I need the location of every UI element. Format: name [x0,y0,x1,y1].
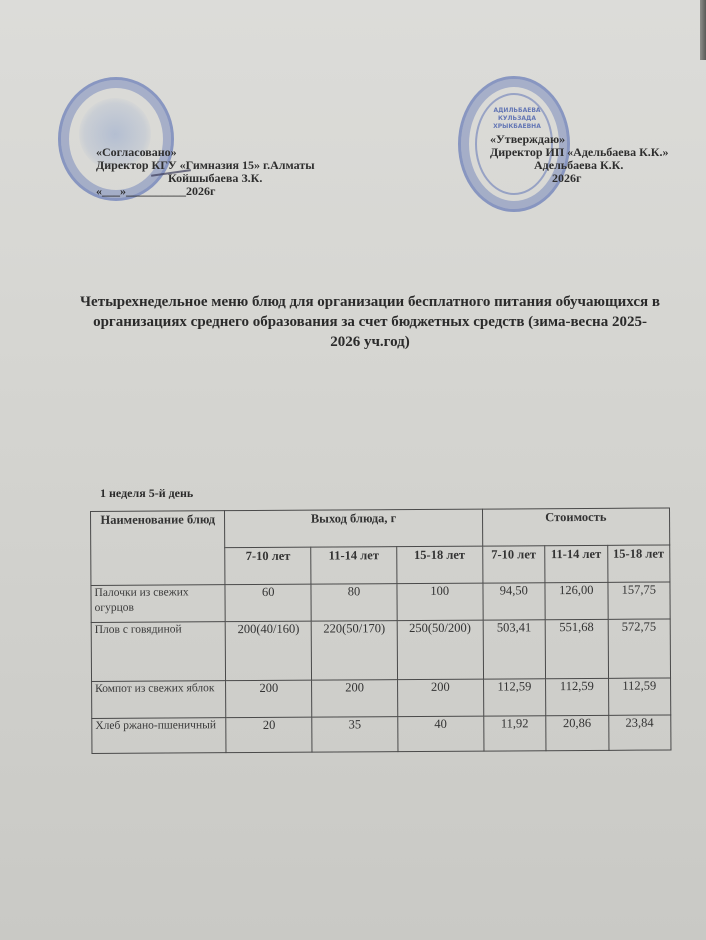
cost-11-14: 126,00 [545,582,608,619]
cost-11-14: 112,59 [546,678,609,715]
cost-15-18: 112,59 [608,678,671,715]
dish-name: Хлеб ржано-пшеничный [92,718,227,754]
cost-15-18: 572,75 [608,619,671,678]
yield-7-10: 60 [225,584,311,622]
yield-7-10: 200 [226,680,312,718]
approval-block-right: «Утверждаю» Директор ИП «Адельбаева К.К.… [490,133,705,185]
table-row: Компот из свежих яблок 200 200 200 112,5… [92,678,671,719]
cost-15-18: 157,75 [607,582,670,619]
approval-right-date: 2026г [490,172,705,185]
yield-11-14: 80 [311,584,397,622]
approval-right-name: Адельбаева К.К. [490,159,705,172]
yield-11-14: 200 [312,680,398,718]
yield-15-18: 250(50/200) [397,620,483,680]
yield-7-10: 20 [226,717,312,753]
header-yield-age-7-10: 7-10 лет [225,547,311,585]
page-edge-shadow [700,0,706,60]
table-row: Палочки из свежих огурцов 60 80 100 94,5… [91,582,670,623]
header-cost: Стоимость [482,508,670,546]
cost-7-10: 503,41 [483,620,546,679]
header-yield-age-11-14: 11-14 лет [311,547,397,585]
header-cost-age-15-18: 15-18 лет [607,545,670,582]
header-yield: Выход блюда, г [225,509,482,548]
stamp-text: АДИЛЬБАЕВА КУЛЬЗАДА ХРЫКБАЕВНА [487,107,547,131]
table-header-row: Наименование блюд Выход блюда, г Стоимос… [91,508,670,549]
cost-11-14: 20,86 [546,715,609,750]
header-yield-age-15-18: 15-18 лет [397,546,483,584]
header-cost-age-11-14: 11-14 лет [545,545,608,582]
dish-name: Компот из свежих яблок [92,681,227,719]
cost-7-10: 112,59 [483,679,546,716]
cost-7-10: 94,50 [483,583,546,620]
yield-15-18: 100 [397,583,483,621]
table-row: Хлеб ржано-пшеничный 20 35 40 11,92 20,8… [92,715,671,754]
header-dish-name: Наименование блюд [91,511,226,586]
approval-block-left: «Согласовано» Директор КГУ «Гимназия 15»… [96,146,336,198]
yield-11-14: 220(50/170) [311,621,397,681]
menu-table: Наименование блюд Выход блюда, г Стоимос… [90,507,671,754]
yield-7-10: 200(40/160) [226,621,312,681]
yield-15-18: 40 [398,716,484,752]
document-title: Четырехнедельное меню блюд для организац… [80,292,660,352]
yield-11-14: 35 [312,717,398,753]
dish-name: Плов с говядиной [91,622,226,682]
approval-left-date: «___»__________2026г [96,185,336,198]
dish-name: Палочки из свежих огурцов [91,585,226,623]
cost-11-14: 551,68 [545,619,608,678]
cost-7-10: 11,92 [483,716,546,751]
table-row: Плов с говядиной 200(40/160) 220(50/170)… [91,619,670,682]
week-day-label: 1 неделя 5-й день [100,486,193,501]
cost-15-18: 23,84 [608,715,671,750]
yield-15-18: 200 [397,679,483,717]
header-cost-age-7-10: 7-10 лет [482,546,545,583]
